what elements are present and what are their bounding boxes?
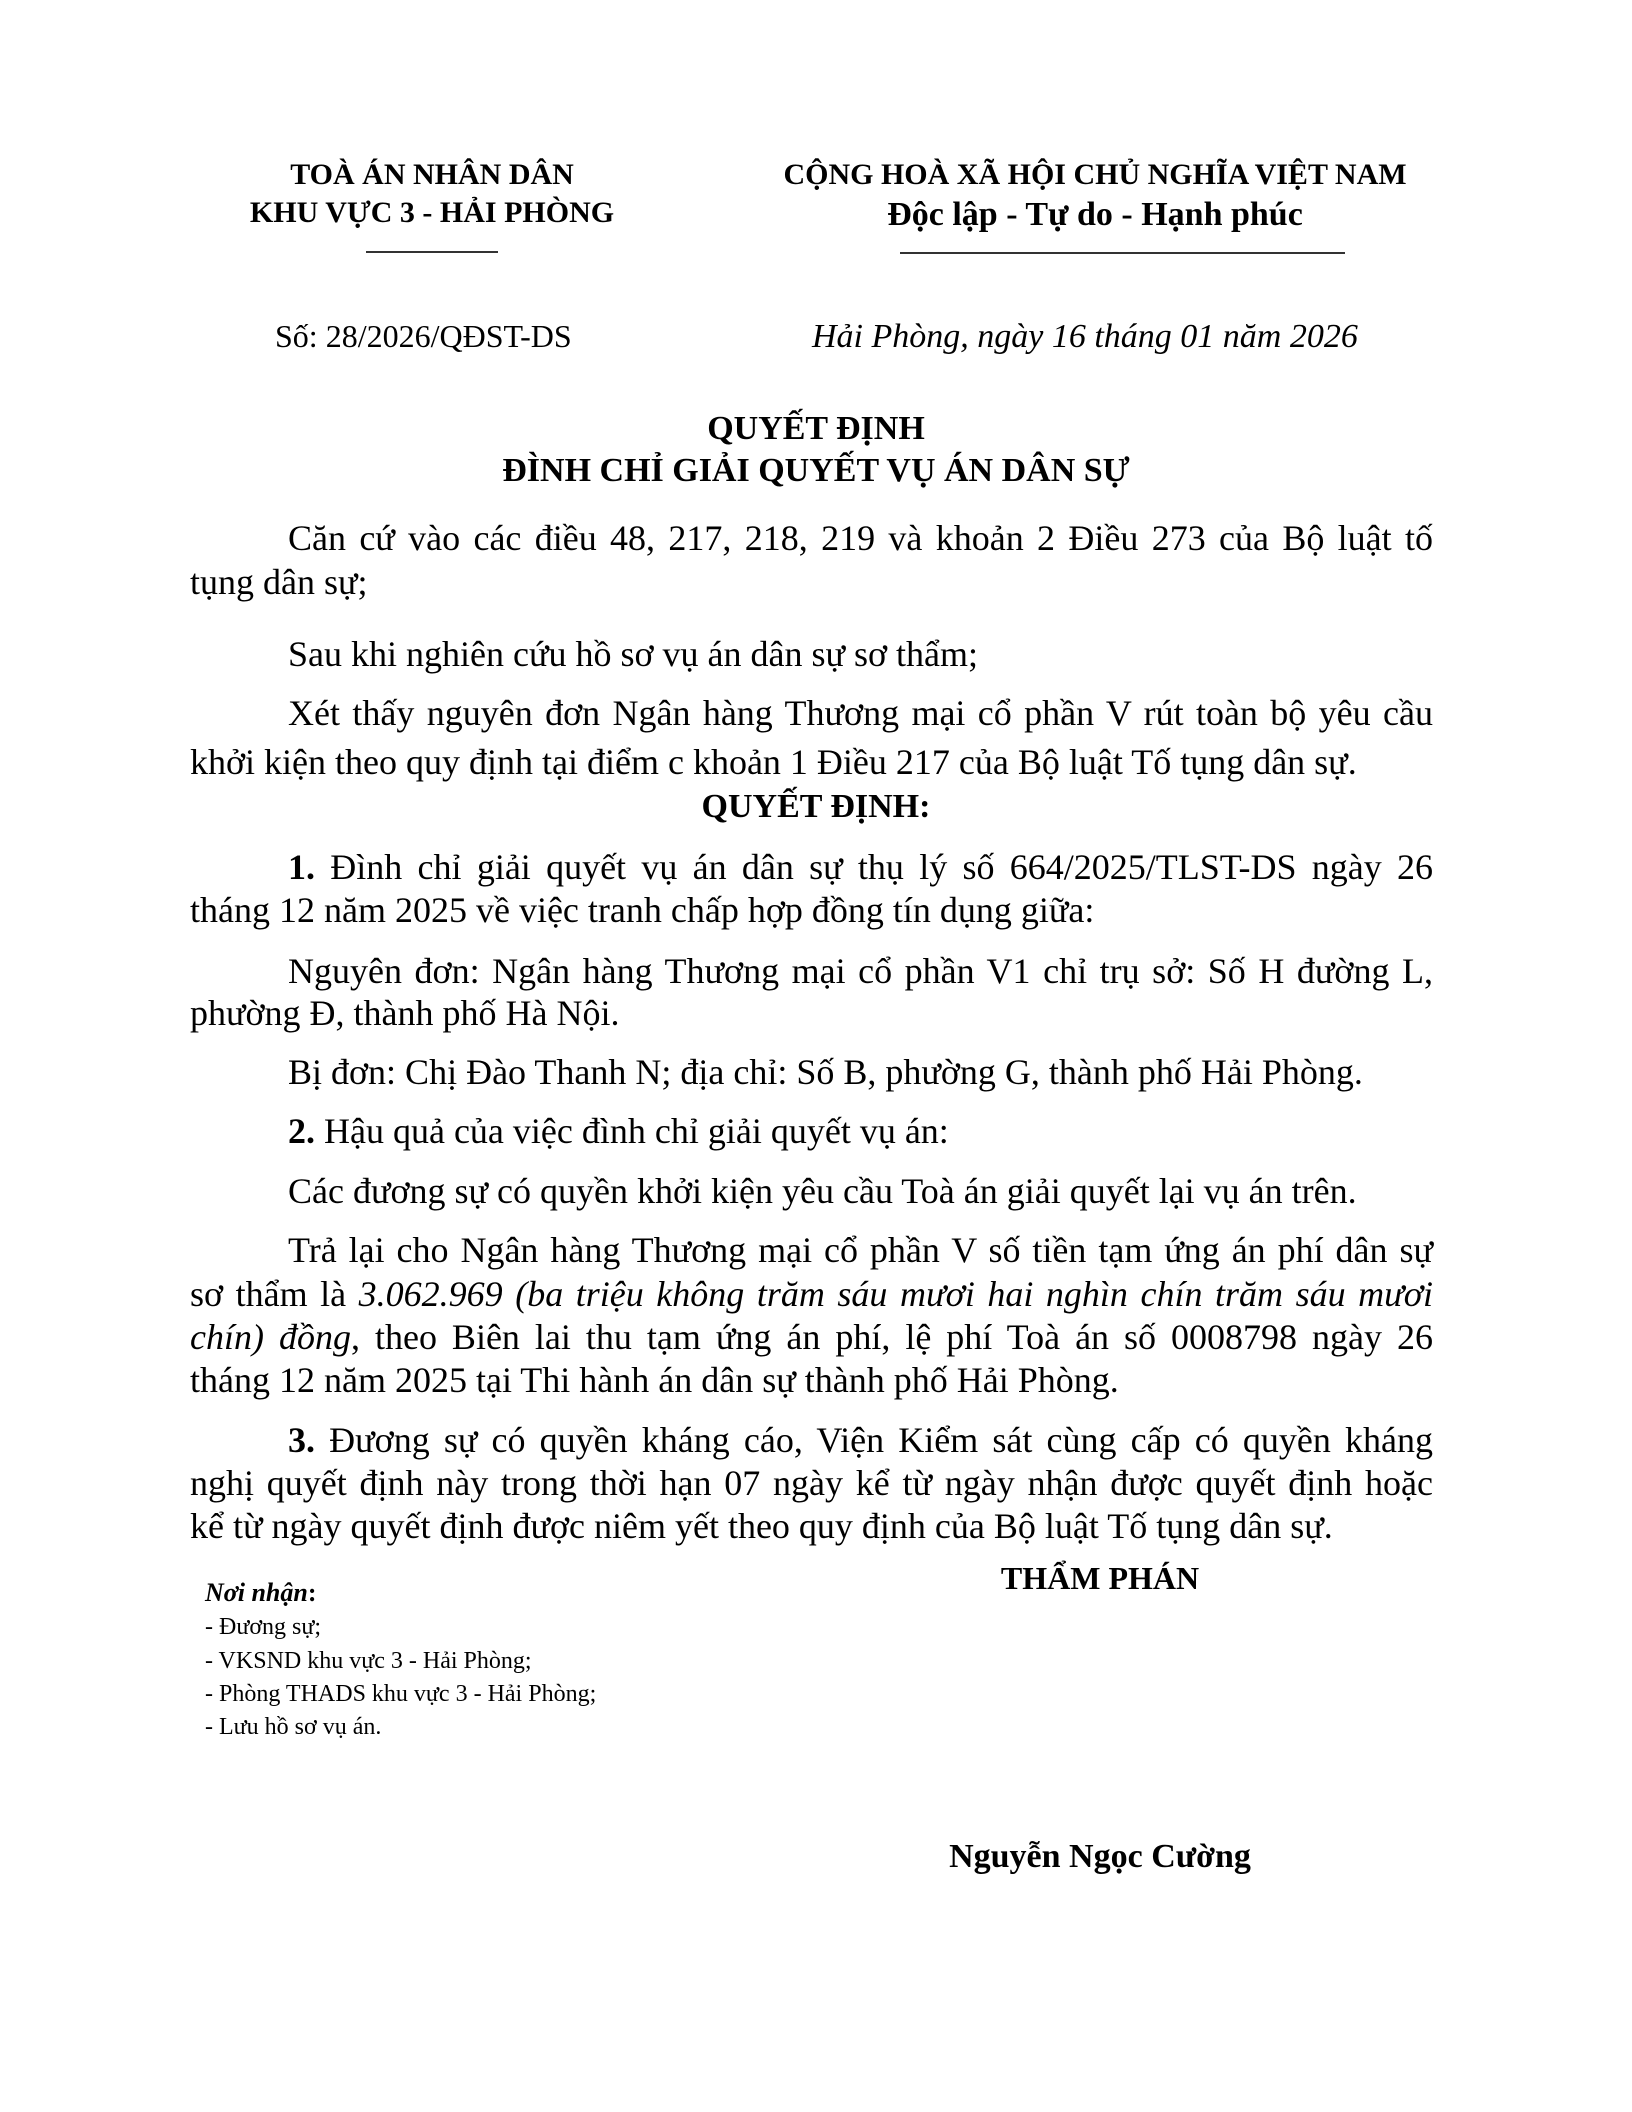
court-name-line1: TOÀ ÁN NHÂN DÂN <box>182 158 682 192</box>
refund-line1: Trả lại cho Ngân hàng Thương mại cổ phần… <box>288 1229 1433 1271</box>
item2-heading: 2. Hậu quả của việc đình chỉ giải quyết … <box>288 1110 949 1152</box>
item3-line3: kể từ ngày quyết định được niêm yết theo… <box>190 1505 1333 1547</box>
item3-text: Đương sự có quyền kháng cáo, Viện Kiểm s… <box>329 1420 1433 1460</box>
nation-motto: Độc lập - Tự do - Hạnh phúc <box>740 196 1450 234</box>
item2-refile-right: Các đương sự có quyền khởi kiện yêu cầu … <box>288 1170 1357 1212</box>
recipient-item: - Lưu hồ sơ vụ án. <box>205 1714 381 1741</box>
document-subtitle: ĐÌNH CHỈ GIẢI QUYẾT VỤ ÁN DÂN SỰ <box>0 452 1632 490</box>
refund-line2-text: sơ thẩm là <box>190 1274 359 1314</box>
study-statement: Sau khi nghiên cứu hồ sơ vụ án dân sự sơ… <box>288 633 978 675</box>
recipient-item: - VKSND khu vực 3 - Hải Phòng; <box>205 1648 532 1675</box>
plaintiff-line1: Nguyên đơn: Ngân hàng Thương mại cổ phần… <box>288 950 1433 992</box>
signer-title: THẨM PHÁN <box>890 1560 1310 1597</box>
document-number: Số: 28/2026/QĐST-DS <box>275 318 572 355</box>
defendant: Bị đơn: Chị Đào Thanh N; địa chỉ: Số B, … <box>288 1051 1363 1093</box>
document-title: QUYẾT ĐỊNH <box>0 410 1632 448</box>
plaintiff-line2: phường Đ, thành phố Hà Nội. <box>190 992 620 1034</box>
nation-motto-underline <box>900 252 1345 254</box>
refund-receipt: , theo Biên lai thu tạm ứng án phí, lệ p… <box>351 1317 1433 1357</box>
item3-number: 3. <box>288 1420 315 1460</box>
refund-line4: tháng 12 năm 2025 tại Thi hành án dân sự… <box>190 1359 1119 1401</box>
decision-heading: QUYẾT ĐỊNH: <box>0 788 1632 826</box>
item1-line1: 1. Đình chỉ giải quyết vụ án dân sự thụ … <box>288 846 1433 888</box>
place-date: Hải Phòng, ngày 16 tháng 01 năm 2026 <box>812 318 1358 356</box>
item2-text: Hậu quả của việc đình chỉ giải quyết vụ … <box>324 1111 949 1151</box>
signer-name: Nguyễn Ngọc Cường <box>880 1838 1320 1876</box>
item1-number: 1. <box>288 847 315 887</box>
recipient-item: - Phòng THADS khu vực 3 - Hải Phòng; <box>205 1681 596 1708</box>
item1-line2: tháng 12 năm 2025 về việc tranh chấp hợp… <box>190 889 1094 931</box>
refund-line3: chín) đồng, theo Biên lai thu tạm ứng án… <box>190 1316 1433 1358</box>
refund-amount: 3.062.969 (ba triệu không trăm sáu mươi … <box>359 1274 1433 1314</box>
item3-line1: 3. Đương sự có quyền kháng cáo, Viện Kiể… <box>288 1419 1433 1461</box>
court-name-underline <box>366 251 498 253</box>
consideration-line1: Xét thấy nguyên đơn Ngân hàng Thương mại… <box>288 692 1433 734</box>
nation-name: CỘNG HOÀ XÃ HỘI CHỦ NGHĨA VIỆT NAM <box>740 158 1450 192</box>
item1-text: Đình chỉ giải quyết vụ án dân sự thụ lý … <box>330 847 1433 887</box>
consideration-line2: khởi kiện theo quy định tại điểm c khoản… <box>190 741 1357 783</box>
item2-number: 2. <box>288 1111 315 1151</box>
recipients-label: Nơi nhận: <box>205 1578 317 1608</box>
legal-basis-line2: tụng dân sự; <box>190 561 368 603</box>
item3-line2: nghị quyết định này trong thời hạn 07 ng… <box>190 1462 1433 1504</box>
legal-basis-line1: Căn cứ vào các điều 48, 217, 218, 219 và… <box>288 517 1433 559</box>
recipient-item: - Đương sự; <box>205 1614 321 1641</box>
refund-line2: sơ thẩm là 3.062.969 (ba triệu không tră… <box>190 1273 1433 1315</box>
court-name-line2: KHU VỰC 3 - HẢI PHÒNG <box>182 196 682 230</box>
refund-amount-end: chín) đồng <box>190 1317 351 1357</box>
